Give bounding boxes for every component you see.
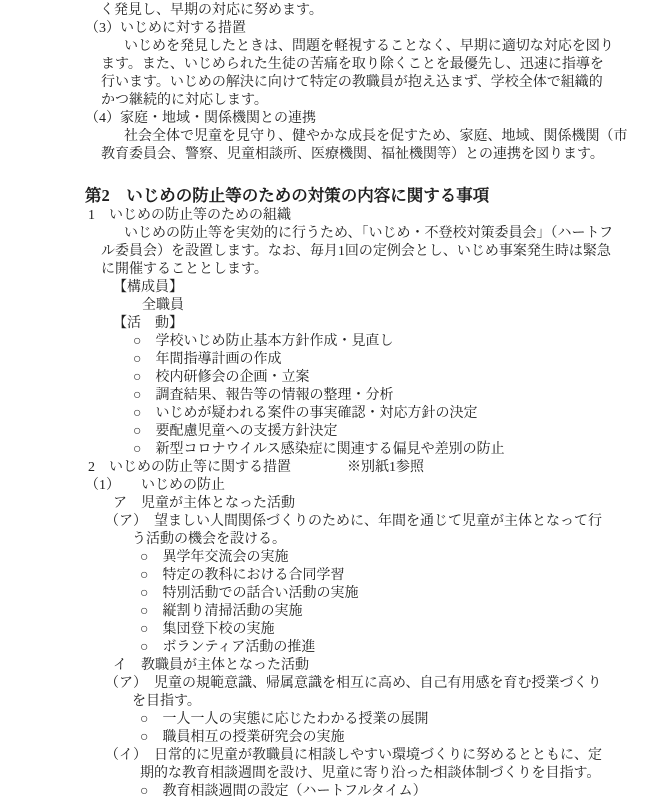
doc-line: ○ 特定の教科における合同学習 bbox=[0, 567, 651, 585]
doc-line: ○ 職員相互の授業研究会の実施 bbox=[0, 729, 651, 747]
doc-line: （4）家庭・地域・関係機関との連携 bbox=[0, 110, 651, 128]
doc-line: （ア） 児童の規範意識、帰属意識を相互に高め、自己有用感を育む授業づくり bbox=[0, 675, 651, 693]
doc-line: 【活 動】 bbox=[0, 315, 651, 333]
doc-line: ○ 校内研修会の企画・立案 bbox=[0, 369, 651, 387]
doc-line: ○ 要配慮児童への支援方針決定 bbox=[0, 423, 651, 441]
blank-line bbox=[0, 164, 651, 181]
doc-line: 1 いじめの防止等のための組織 bbox=[0, 207, 651, 225]
doc-line: ○ ボランティア活動の推進 bbox=[0, 639, 651, 657]
doc-line: ○ 年間指導計画の作成 bbox=[0, 351, 651, 369]
doc-line: く発見し、早期の対応に努めます。 bbox=[0, 2, 651, 20]
doc-line: ア 児童が主体となった活動 bbox=[0, 495, 651, 513]
doc-line: ○ 集団登下校の実施 bbox=[0, 621, 651, 639]
doc-line: に開催することとします。 bbox=[0, 261, 651, 279]
doc-line: ○ 異学年交流会の実施 bbox=[0, 549, 651, 567]
doc-line: う活動の機会を設ける。 bbox=[0, 531, 651, 549]
doc-line: イ 教職員が主体となった活動 bbox=[0, 657, 651, 675]
document-page: く発見し、早期の対応に努めます。（3）いじめに対する措置いじめを発見したときは、… bbox=[0, 0, 651, 800]
doc-line: （1） いじめの防止 bbox=[0, 477, 651, 495]
document-body: く発見し、早期の対応に努めます。（3）いじめに対する措置いじめを発見したときは、… bbox=[0, 2, 651, 800]
doc-line: （イ） 日常的に児童が教職員に相談しやすい環境づくりに努めるとともに、定 bbox=[0, 747, 651, 765]
doc-line: いじめの防止等を実効的に行うため、「いじめ・不登校対策委員会」（ハートフ bbox=[0, 225, 651, 243]
doc-line: 期的な教育相談週間を設け、児童に寄り沿った相談体制づくりを目指す。 bbox=[0, 765, 651, 783]
doc-line: 【構成員】 bbox=[0, 279, 651, 297]
doc-line: （3）いじめに対する措置 bbox=[0, 20, 651, 38]
doc-line: ○ 教育相談週間の設定（ハートフルタイム） bbox=[0, 783, 651, 800]
doc-line: を目指す。 bbox=[0, 693, 651, 711]
doc-line: （ア） 望ましい人間関係づくりのために、年間を通じて児童が主体となって行 bbox=[0, 513, 651, 531]
doc-line: ○ 学校いじめ防止基本方針作成・見直し bbox=[0, 333, 651, 351]
doc-line: ○ いじめが疑われる案件の事実確認・対応方針の決定 bbox=[0, 405, 651, 423]
doc-line: かつ継続的に対応します。 bbox=[0, 92, 651, 110]
doc-line: いじめを発見したときは、問題を軽視することなく、早期に適切な対応を図り bbox=[0, 38, 651, 56]
section-heading: 第2 いじめの防止等のための対策の内容に関する事項 bbox=[0, 185, 651, 207]
doc-line: ○ 一人一人の実態に応じたわかる授業の展開 bbox=[0, 711, 651, 729]
doc-line: 社会全体で児童を見守り、健やかな成長を促すため、家庭、地域、関係機関（市 bbox=[0, 128, 651, 146]
doc-line: ○ 特別活動での話合い活動の実施 bbox=[0, 585, 651, 603]
doc-line: 教育委員会、警察、児童相談所、医療機関、福祉機関等）との連携を図ります。 bbox=[0, 146, 651, 164]
doc-line: 行います。いじめの解決に向けて特定の教職員が抱え込まず、学校全体で組織的 bbox=[0, 74, 651, 92]
doc-line: 全職員 bbox=[0, 297, 651, 315]
doc-line: ○ 縦割り清掃活動の実施 bbox=[0, 603, 651, 621]
doc-line: ル委員会）を設置します。なお、毎月1回の定例会とし、いじめ事案発生時は緊急 bbox=[0, 243, 651, 261]
doc-line: 2 いじめの防止等に関する措置 ※別紙1参照 bbox=[0, 459, 651, 477]
doc-line: ○ 調査結果、報告等の情報の整理・分析 bbox=[0, 387, 651, 405]
doc-line: ○ 新型コロナウイルス感染症に関連する偏見や差別の防止 bbox=[0, 441, 651, 459]
doc-line: ます。また、いじめられた生徒の苦痛を取り除くことを最優先し、迅速に指導を bbox=[0, 56, 651, 74]
